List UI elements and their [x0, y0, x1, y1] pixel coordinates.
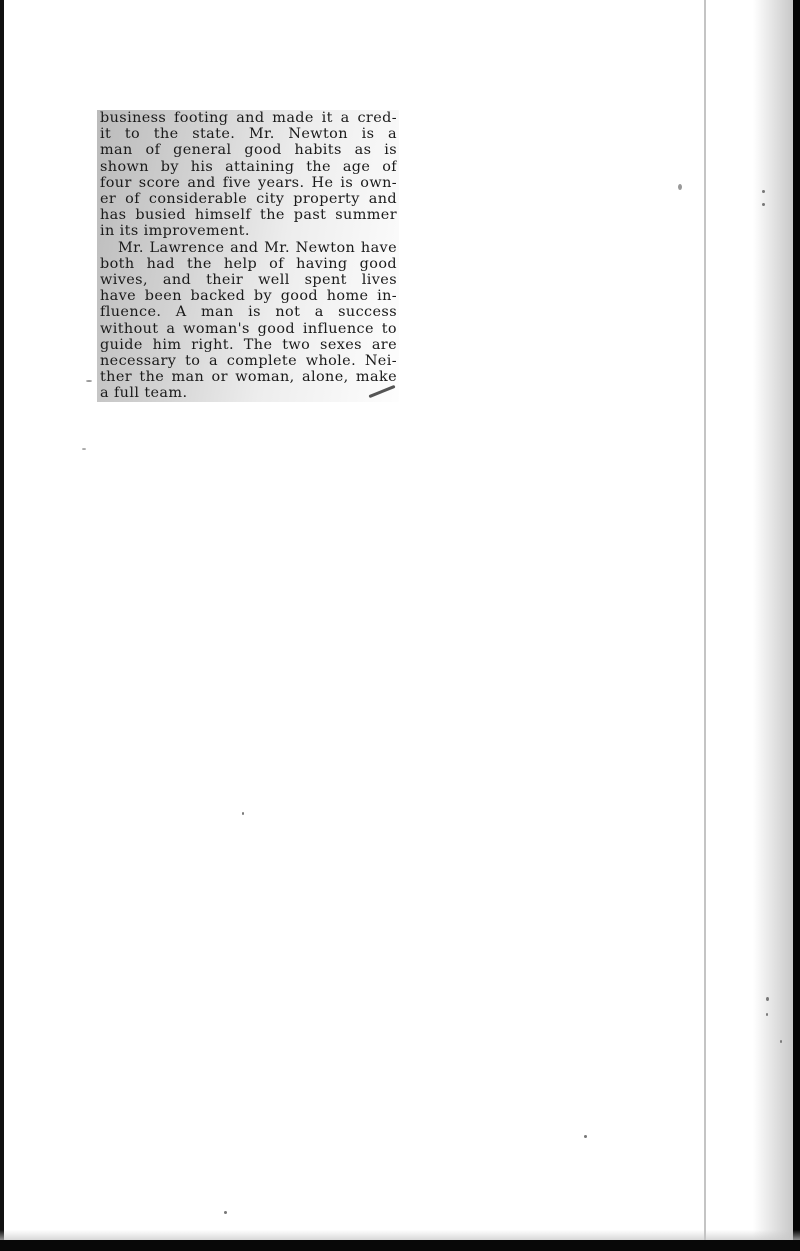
scanned-page: business footing and made it a cred- it … [0, 0, 800, 1251]
clipping-line: a full team. [100, 385, 397, 401]
clipping-line: necessary to a complete whole. Nei- [100, 353, 397, 369]
clipping-line: shown by his attaining the age of [100, 159, 397, 175]
clipping-text: business footing and made it a cred- it … [100, 110, 397, 402]
scan-speck [780, 1040, 782, 1043]
scan-speck [224, 1211, 227, 1214]
clipping-line: man of general good habits as is [100, 142, 397, 158]
page-fold-line [704, 0, 706, 1240]
clipping-line: both had the help of having good [100, 256, 397, 272]
scan-speck [766, 1013, 768, 1016]
page-bottom-shadow [0, 1230, 800, 1240]
scan-speck [762, 190, 765, 193]
scan-right-border [793, 0, 800, 1251]
clipping-line: business footing and made it a cred- [100, 110, 397, 126]
clipping-line: without a woman's good influence to [100, 321, 397, 337]
clipping-line: er of considerable city property and [100, 191, 397, 207]
page-edge-shadow [753, 0, 793, 1251]
clipping-line: four score and five years. He is own- [100, 175, 397, 191]
scan-speck [242, 812, 244, 815]
clipping-line: fluence. A man is not a success [100, 304, 397, 320]
clipping-line: guide him right. The two sexes are [100, 337, 397, 353]
clipping-line: in its improvement. [100, 223, 397, 239]
scan-speck [762, 203, 765, 206]
scan-bottom-border [0, 1240, 800, 1251]
clipping-line: wives, and their well spent lives [100, 272, 397, 288]
scan-left-edge [0, 0, 4, 1251]
scan-speck [678, 184, 682, 190]
clipping-line: it to the state. Mr. Newton is a [100, 126, 397, 142]
clipping-line: has busied himself the past summer [100, 207, 397, 223]
scan-speck [86, 380, 92, 382]
clipping-line: ther the man or woman, alone, make [100, 369, 397, 385]
scan-speck [584, 1135, 587, 1138]
clipping-line: Mr. Lawrence and Mr. Newton have [100, 240, 397, 256]
scan-speck [766, 997, 769, 1001]
scan-speck [82, 448, 86, 450]
clipping-line: have been backed by good home in- [100, 288, 397, 304]
